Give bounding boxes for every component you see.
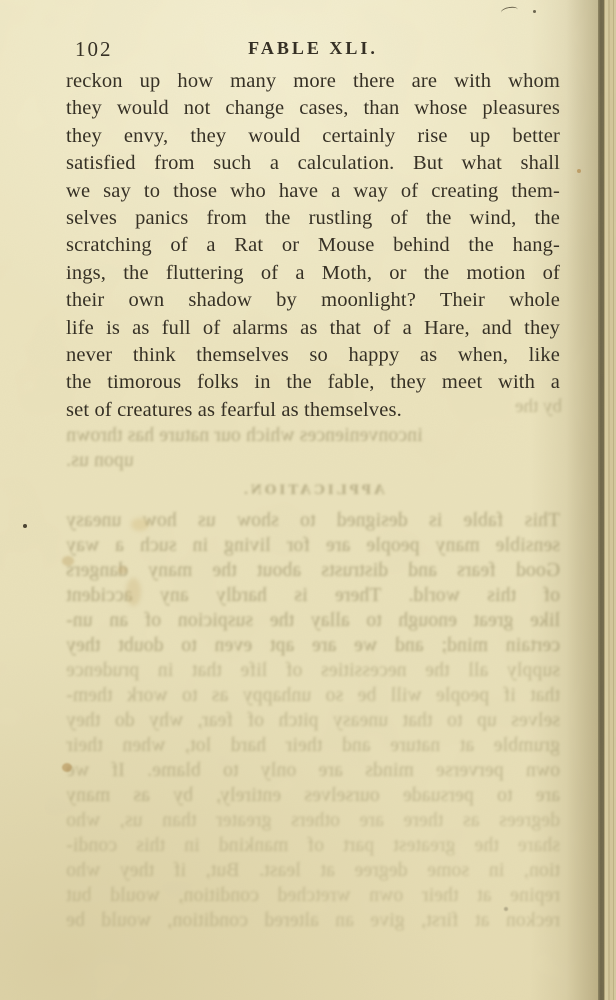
foxing-spot (62, 556, 74, 566)
stray-mark (500, 6, 518, 17)
body-line: scratching of a Rat or Mouse behind the … (66, 232, 560, 259)
bleedthrough-line: selves up to that uneasy pitch of fear, … (66, 708, 560, 733)
body-line: ings, the fluttering of a Moth, or the m… (66, 260, 560, 287)
bleedthrough-line: like great enough to allay the suspicion… (66, 608, 560, 633)
foxing-spot (131, 518, 149, 531)
body-line: we say to those who have a way of creati… (66, 178, 560, 205)
body-line: selves panics from the rustling of the w… (66, 205, 560, 232)
body-line: their own shadow by moonlight? Their who… (66, 287, 560, 314)
bleedthrough-heading: APPLICATION. (66, 473, 560, 508)
bleedthrough-line: supply all the necessities of life that … (66, 658, 560, 683)
body-line: set of creatures as fearful as themselve… (66, 397, 560, 424)
running-head: 102 FABLE XLI. (66, 36, 560, 62)
body-paragraph: reckon up how many more there are with w… (66, 68, 560, 424)
bleedthrough-line: share the greatest part of mankind in th… (66, 833, 560, 858)
bleedthrough-line: degrees as there are others greater than… (66, 808, 560, 833)
ink-speck (23, 524, 27, 528)
bleedthrough-line: tion, in some degree at least. But, if t… (66, 858, 560, 883)
page-title: FABLE XLI. (66, 38, 560, 59)
bleedthrough-line: reckon at first, give an altered conditi… (66, 908, 560, 933)
foxing-spot (118, 566, 127, 574)
body-line: the timorous folks in the fable, they me… (66, 369, 560, 396)
book-fore-edge (604, 0, 616, 1000)
bleedthrough-line: sensible many people are for living in s… (66, 533, 560, 558)
bleedthrough-line: inconveniences which our nature has thro… (66, 423, 560, 448)
body-line: life is as full of alarms as that of a H… (66, 315, 560, 342)
body-line: they envy, they would certainly rise up … (66, 123, 560, 150)
page-edge-shadow (566, 0, 598, 1000)
bleedthrough-line: are to persuade ourselves entirely, by a… (66, 783, 560, 808)
bleedthrough-line: own perverse minds are only to blame. If… (66, 758, 560, 783)
bleedthrough-line: that if people will be so unhappy as to … (66, 683, 560, 708)
body-line: satisfied from such a calculation. But w… (66, 150, 560, 177)
stray-mark (533, 10, 536, 13)
foxing-spot (62, 763, 72, 772)
book-page-scan: 102 FABLE XLI. reckon up how many more t… (0, 0, 616, 1000)
body-line: they would not change cases, than whose … (66, 95, 560, 122)
body-line: never think themselves so happy as when,… (66, 342, 560, 369)
body-line: reckon up how many more there are with w… (66, 68, 560, 95)
paper-fleck (504, 907, 508, 911)
bleedthrough-line: upon us. (66, 448, 560, 473)
foxing-spot (126, 578, 141, 606)
bleedthrough-line: certain mind; and we are apt even to dou… (66, 633, 560, 658)
bleedthrough-line: Good fears and distrusts about the many … (66, 558, 560, 583)
bleedthrough-line: repine at their own wretched condition, … (66, 883, 560, 908)
bleedthrough-text: inconveniences which our nature has thro… (66, 423, 560, 933)
bleedthrough-line: grumble at nature and their hard lot, wh… (66, 733, 560, 758)
